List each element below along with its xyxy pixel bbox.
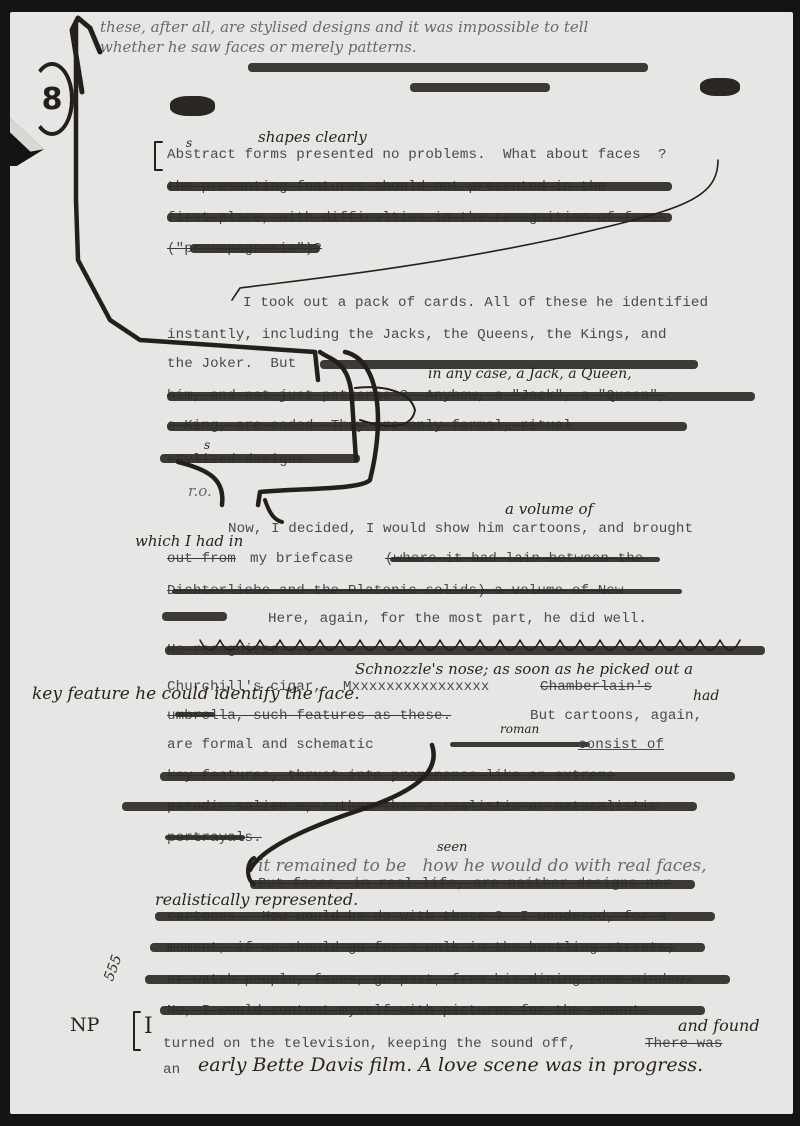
redaction-bar [410,83,550,92]
typed-line-decided: Now, I decided, I would show him cartoon… [228,521,693,537]
insert-shapes-clearly: shapes clearly [258,128,367,146]
insert-roman: roman [500,722,539,736]
insert-which-i-had-in: which I had in [135,532,243,550]
redaction-bar [160,1006,705,1015]
typed-line-but-cartoons: But cartoons, again, [530,708,702,724]
redaction-bar [172,589,682,594]
margin-note-key-feature: key feature he could identify the face. [32,684,360,704]
insert-jack-queen: in any case, a Jack, a Queen, [428,366,632,382]
typed-line-cards-1: I took out a pack of cards. All of these… [243,295,708,311]
typed-line-cards-3: the Joker. But [167,356,296,372]
insert-schnozzle: Schnozzle's nose; as soon as he picked o… [355,660,693,678]
note-it-remained: it remained to be how he would do with r… [258,856,706,876]
note-bette-davis: early Bette Davis film. A love scene was… [198,1054,703,1076]
typed-line-briefcase: my briefcase [250,551,353,567]
redaction-bar [167,422,687,431]
redaction-bar [165,835,245,840]
page-number: 8 [30,62,74,136]
top-note-line-1: these, after all, are stylised designs a… [100,18,588,36]
top-note-line-2: whether he saw faces or merely patterns. [100,38,417,56]
typed-line-briefcase-struck: out from [167,551,236,567]
redaction-bar [145,975,730,984]
typed-consist-of: consist of [578,737,664,753]
margin-np: NP [70,1014,99,1036]
note-realistically: realistically represented. [155,890,358,909]
redaction-bar [175,712,215,717]
insert-i: I [144,1014,153,1039]
redaction-bar [167,213,672,222]
redaction-bar [250,880,695,889]
insert-s-2: s [204,438,210,452]
margin-mark-ro: r.o. [188,482,212,500]
typed-line-abstract: Abstract forms presented no problems. Wh… [167,147,667,163]
redaction-bar [160,772,735,781]
redaction-bar [167,392,755,401]
redaction-bar [248,63,648,72]
typed-line-here-again: Here, again, for the most part, he did w… [268,611,647,627]
typed-line-tv: turned on the television, keeping the so… [163,1036,576,1052]
typed-line-chamberlain: Chamberlain's [540,679,652,695]
redaction-bar [150,943,705,952]
typed-line-formal: are formal and schematic [167,737,374,753]
insert-a-volume-of: a volume of [505,500,593,518]
insert-seen: seen [437,840,467,855]
typed-there-was: There was [645,1036,723,1052]
redaction-bar [122,802,697,811]
insert-and-found: and found [678,1016,760,1035]
redaction-bar [167,182,672,191]
redaction-bar [165,646,765,655]
redaction-bar [155,912,715,921]
redaction-bar [450,742,590,747]
typed-line-cards-2: instantly, including the Jacks, the Quee… [167,327,667,343]
ink-blot [700,78,740,96]
ink-blot [170,96,215,116]
typed-an: an [163,1062,180,1078]
insert-had: had [693,688,719,704]
typed-line-churchill-xed: Mxxxxxxxxxxxxxxxx [343,679,489,695]
redaction-bar [160,454,360,463]
redaction-bar [190,244,320,253]
redaction-bar [162,612,227,621]
redaction-bar [390,557,660,562]
